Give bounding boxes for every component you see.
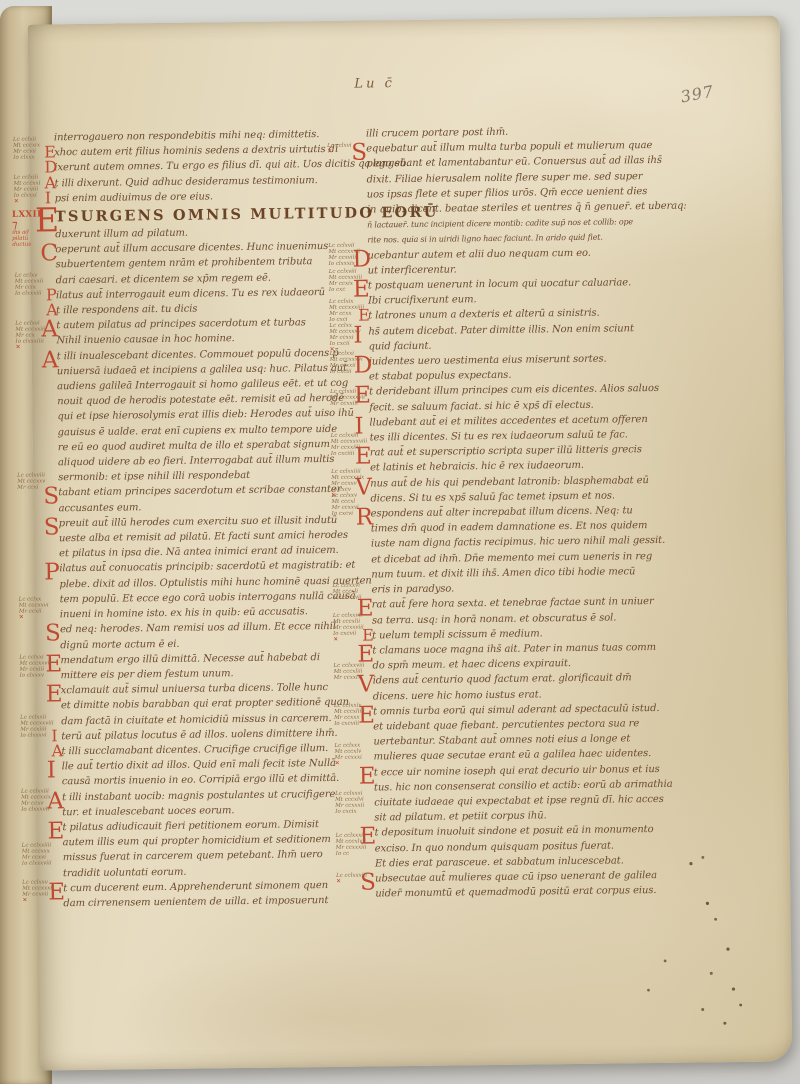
text-paragraph: At illi inualescebant dicentes. Commouet… (56, 345, 360, 486)
rubric-initial: E (46, 683, 63, 706)
rubric-initial: S (43, 486, 59, 509)
canon-reference-line: Io clxxxviii (22, 860, 52, 866)
text-paragraph: Sequebatur aut̄ illum multa turba populi… (365, 137, 772, 248)
rubric-mark: ✕ (335, 761, 362, 767)
canon-reference-line: Mr ccxxiii (330, 401, 365, 407)
text-paragraph: Et depositum inuoluit sindone et posuit … (373, 821, 780, 872)
text-paragraph: Et deridebant illum principes cum eis di… (368, 380, 774, 415)
canon-reference-note: Lc cclxxiiiMt cccxxixMr ccxvIo clxxxvii (21, 788, 51, 812)
canon-reference-note: Lc cclxxMt cccxxviMr ccxii✕ (19, 596, 49, 620)
rubric-initial: P (44, 562, 60, 585)
canon-reference-line: Io clxxxix (329, 261, 361, 267)
canon-reference-line: Io cxcix (335, 809, 364, 815)
text-paragraph: Emendatum ergo illū dimittā. Necesse aut… (59, 649, 361, 683)
text-line: TSURGENS OMNIS MULTITUDO EORŪ (55, 203, 356, 228)
canon-reference-line: Io cxcvi (332, 511, 359, 517)
text-line: dam cirrenensem uenientem de uilla. et i… (63, 893, 364, 912)
canon-reference-line: Mr ccxi (17, 484, 45, 490)
canon-reference-note: Lc cclxxviiiMt cccxliiiMr ccxxix (333, 663, 364, 681)
canon-reference-line: Io cxciii (330, 369, 363, 375)
canon-reference-note: Lc cclxxxiiMt cccxlviiMr ccxxxiiiIo cc (336, 833, 367, 857)
rubric-initial: E (359, 765, 376, 788)
text-paragraph: Erat aut̄ et superscriptio scripta super… (369, 441, 775, 476)
canon-reference-note: Lc cclxvi✕ (327, 143, 352, 155)
canon-reference-note: Lc cclxxvMt cccxlMr ccxxviIo cxcvi (331, 493, 359, 517)
rubric-mark: ✕ (14, 198, 41, 204)
canon-reference-line: Mr ccxxix (334, 675, 365, 681)
rubric-initial: C (40, 242, 58, 265)
canon-reference-line: Io clxxxvii (21, 806, 51, 812)
canon-reference-note: Lc cclxxixMt cccxliiiiMr ccxxxIo cxcviii (334, 703, 365, 727)
running-title: Lu c̄ (354, 76, 395, 91)
rubric-mark: ✕ (333, 637, 364, 643)
text-paragraph: Ducebantur autem et alii duo nequam cum … (366, 243, 772, 278)
text-paragraph: Ille aut̄ tertio dixit ad illos. Quid en… (61, 756, 363, 790)
canon-reference-note: Lc cclxixMt cccxxxiiiiMr ccxxIo cxci (329, 299, 364, 323)
text-paragraph: Diuidentes uero uestimenta eius miserunt… (368, 350, 774, 385)
canon-reference-line: Io clxxxvi (20, 732, 53, 738)
text-paragraph: At autem pilatus ad principes sacerdotum… (55, 315, 357, 349)
text-paragraph: Et clamans uoce magna ihs̄ ait. Pater in… (371, 638, 777, 673)
rubric-initial: E (47, 820, 64, 843)
text-paragraph: Stabant etiam principes sacerdotum et sc… (57, 482, 359, 516)
canon-reference-note: Lc cclxxMt cccxxxvMr ccxxiIo cxcii✕ (329, 323, 361, 353)
canon-reference-note: Lc cclxxxiMt cccxlviMr ccxxxiiIo cxcix (335, 791, 364, 815)
text-paragraph: Illudebant aut̄ ei et milites accedentes… (368, 410, 774, 445)
text-paragraph: Ihs̄ autem dicebat. Pater dimitte illis.… (367, 319, 773, 354)
left-column: interrogauero non respondebitis mihi neq… (53, 127, 365, 912)
canon-reference-note: Lc cclxxiMt cccxxxviMr ccxxiiIo cxciii (330, 351, 363, 375)
manuscript-photo: Lu c̄ 397 LXXII ⁊ ihs adpilatūductus int… (0, 0, 800, 1084)
rubric-initial: E (35, 203, 59, 236)
text-paragraph: Et cum ducerent eum. Apprehenderunt simo… (62, 877, 364, 911)
canon-reference-line: Io cxc (329, 287, 362, 293)
text-paragraph: Erat aut̄ fere hora sexta. et tenebrae f… (371, 593, 777, 628)
canon-reference-line: Io cxcviii (334, 721, 365, 727)
text-paragraph: Et omnis turba eorū qui simul aderant ad… (372, 699, 779, 765)
text-paragraph: Exclamauit aut̄ simul uniuersa turba dic… (60, 680, 363, 729)
canon-reference-note: Lc cclxiiiMt cccxxiMr ccviiiIo clxxxi✕ (13, 174, 40, 204)
rubric-initial: S (44, 516, 60, 539)
text-paragraph: At illi instabant uocib: magnis postulan… (61, 786, 363, 820)
text-paragraph: Vnus aut̄ de his qui pendebant latronib:… (369, 471, 775, 506)
folio-number: 397 (679, 82, 715, 107)
canon-reference-note: Lc cclxxviiMt cccxliiMr ccxxviiiIo cxcvi… (333, 613, 364, 643)
canon-reference-note: Lc cclxiiMt cccxixMr ccviiIo clxxx (13, 136, 40, 160)
canon-reference-note: Lc cclxxiiMt cccxxviiiMr ccxiiiiIo clxxx… (20, 714, 54, 738)
canon-reference-line: Io clxxxiii (15, 290, 44, 296)
canon-reference-line: Io cc (336, 851, 367, 857)
text-paragraph: Pilatus aut̄ conuocatis principib: sacer… (58, 558, 361, 622)
text-paragraph: Et postquam uenerunt in locum qui uocatu… (367, 274, 773, 309)
chapter-marker-subline: ductus (12, 241, 42, 247)
canon-reference-note: Lc cclxxiiiiMt cccxxxMr ccxviIo clxxxvii… (22, 842, 52, 866)
canon-reference-note: Lc cclxxvMt cccxxxiMr ccxvii✕ (22, 879, 52, 903)
canon-reference-line: ✕ (336, 879, 367, 885)
text-paragraph: Videns aut̄ centurio quod factum erat. g… (372, 669, 778, 704)
text-paragraph: Coeperunt aut̄ illum accusare dicentes. … (54, 239, 357, 288)
canon-reference-note: Lc cclxxxiii✕ (336, 873, 367, 885)
rubric-mark: ✕ (16, 344, 46, 350)
canon-reference-line: Io cxciiii (331, 451, 368, 457)
canon-reference-line: ✕ (327, 149, 351, 155)
canon-reference-note: Lc cclxxxMt cccxlvMr ccxxxi✕ (334, 743, 362, 767)
margin-notes-layer: Lc cclxiiMt cccxixMr ccviiIo clxxxLc ccl… (28, 15, 780, 24)
rubric-mark: ✕ (19, 614, 49, 620)
canon-reference-note: Lc cclxviMt cccxxiiiMr ccxIo clxxxiiii✕ (15, 320, 46, 350)
text-paragraph: Sed neq: herodes. Nam remisi uos ad illu… (59, 619, 361, 653)
canon-reference-line: Io clxxxv (20, 672, 52, 678)
canon-reference-note: Lc cclxxiiiMt cccxxxviiiMr ccxxiiiiIo cx… (331, 433, 368, 457)
canon-reference-note: Lc cclxviiiMt cccxxxiiiMr ccxixIo cxc (329, 269, 363, 293)
canon-reference-note: Lc cclxxviMt cccxliMr ccxxvii (332, 583, 361, 601)
text-paragraph: Et pilatus adiudicauit fieri petitionem … (61, 817, 364, 881)
rubric-initial: S (45, 623, 61, 646)
canon-reference-line: Mr ccxxvii (333, 595, 362, 601)
canon-reference-note: Lc cclxxiiMt cccxxxviiMr ccxxiii (330, 389, 365, 407)
canon-reference-note: Lc cclxviiMt cccxxxiiMr ccxviiiIo clxxxi… (328, 243, 360, 267)
canon-reference-note: Lc cclxviiiMt cccxxvMr ccxi (17, 472, 45, 490)
incipit-paragraph: ETSURGENS OMNIS MULTITUDO EORŪduxerunt i… (54, 203, 356, 243)
parchment-speckles (28, 25, 30, 27)
parchment-stain (99, 949, 521, 1084)
text-paragraph: Subsecutae aut̄ mulieres quae cū ipso ue… (374, 866, 780, 901)
canon-reference-note: Lc cclxxiMt cccxxviiMr ccxiiiIo clxxxv (19, 654, 51, 678)
manuscript-page: Lu c̄ 397 LXXII ⁊ ihs adpilatūductus int… (28, 15, 793, 1070)
text-paragraph: Et ecce uir nomine ioseph qui erat decur… (373, 760, 780, 826)
text-paragraph: Spreuit aut̄ illū herodes cum exercitu s… (58, 512, 361, 561)
rubric-initial: A (42, 349, 59, 372)
rubric-mark: ✕ (22, 897, 52, 903)
text-paragraph: Respondens aut̄ alter increpabat illum d… (370, 502, 777, 598)
rubric-initial: S (351, 142, 367, 165)
canon-reference-line: Io clxxx (13, 154, 40, 160)
right-column: illi crucem portare post ihm̄.Sequebatur… (365, 122, 780, 902)
canon-reference-note: Lc cclxvMt cccxxiiMr ccixIo clxxxiii (15, 272, 44, 296)
rubric-initial: I (47, 759, 56, 782)
